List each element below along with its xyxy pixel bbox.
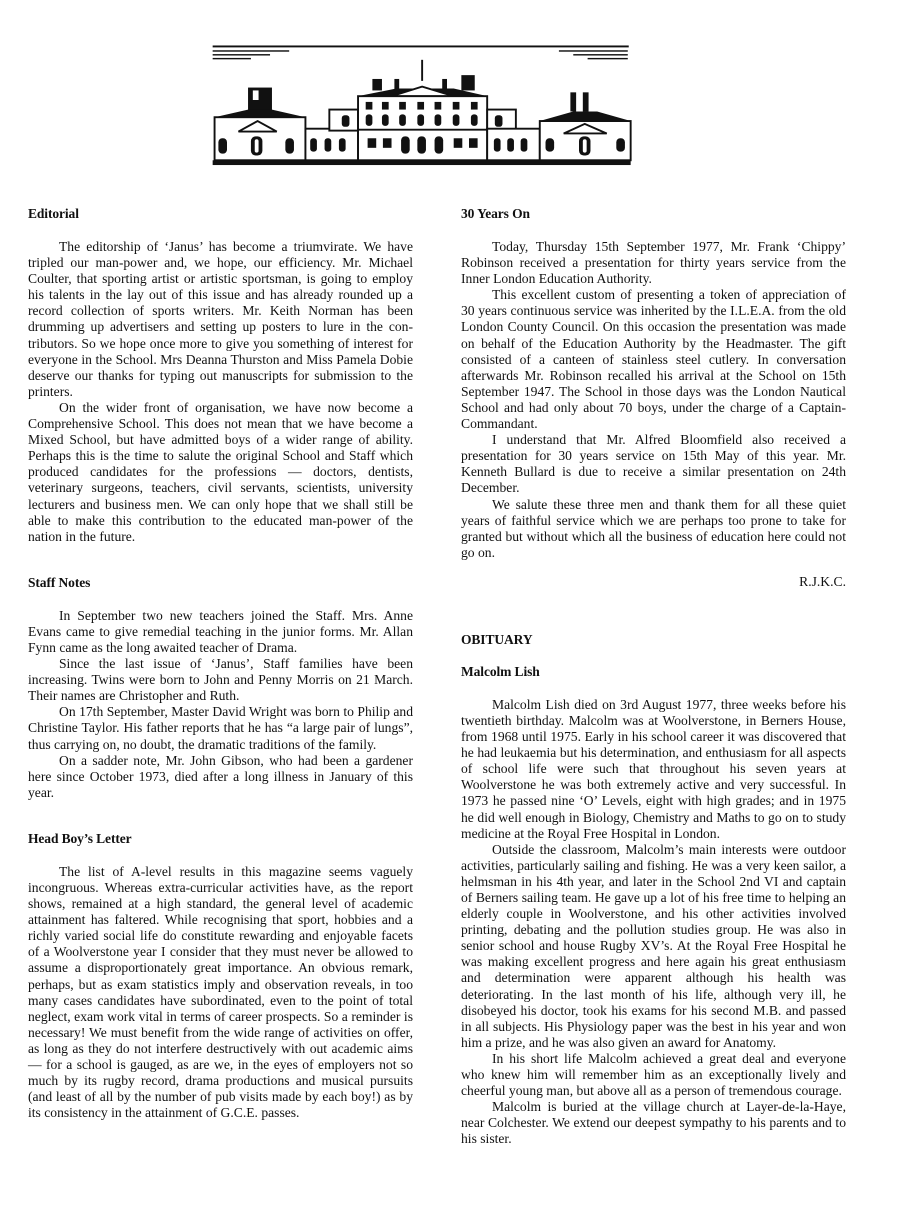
staff-notes-paragraph: On a sadder note, Mr. John Gibson, who h…	[28, 753, 413, 801]
editorial-section: Editorial The editorship of ‘Janus’ has …	[28, 206, 413, 545]
obituary-subject-name: Malcolm Lish	[461, 664, 846, 680]
masthead-illustration	[205, 30, 645, 170]
head-boys-letter-paragraph: The list of A-level results in this maga…	[28, 864, 413, 1122]
staff-notes-paragraph: In September two new teachers joined the…	[28, 608, 413, 656]
thirty-years-paragraph: This excellent custom of presenting a to…	[461, 287, 846, 432]
school-building-icon	[205, 30, 645, 170]
section-heading-obituary: OBITUARY	[461, 632, 846, 648]
staff-notes-section: Staff Notes In September two new teacher…	[28, 575, 413, 801]
staff-notes-paragraph: Since the last issue of ‘Janus’, Staff f…	[28, 656, 413, 704]
obituary-paragraph: Malcolm Lish died on 3rd August 1977, th…	[461, 697, 846, 842]
section-heading-head-boys-letter: Head Boy’s Letter	[28, 831, 413, 847]
left-column: Editorial The editorship of ‘Janus’ has …	[28, 206, 413, 1121]
obituary-paragraph: In his short life Malcolm achieved a gre…	[461, 1051, 846, 1099]
obituary-paragraph: Malcolm is buried at the village church …	[461, 1099, 846, 1147]
head-boys-letter-section: Head Boy’s Letter The list of A-level re…	[28, 831, 413, 1122]
section-heading-editorial: Editorial	[28, 206, 413, 222]
editorial-paragraph: The editorship of ‘Janus’ has become a t…	[28, 239, 413, 400]
staff-notes-paragraph: On 17th September, Master David Wright w…	[28, 704, 413, 752]
author-signature: R.J.K.C.	[461, 574, 846, 590]
thirty-years-on-section: 30 Years On Today, Thursday 15th Septemb…	[461, 206, 846, 590]
obituary-section: OBITUARY Malcolm Lish Malcolm Lish died …	[461, 632, 846, 1148]
section-heading-staff-notes: Staff Notes	[28, 575, 413, 591]
thirty-years-paragraph: I understand that Mr. Alfred Bloomfield …	[461, 432, 846, 496]
right-column: 30 Years On Today, Thursday 15th Septemb…	[461, 206, 846, 1148]
obituary-paragraph: Outside the classroom, Malcolm’s main in…	[461, 842, 846, 1051]
thirty-years-paragraph: Today, Thursday 15th September 1977, Mr.…	[461, 239, 846, 287]
thirty-years-paragraph: We salute these three men and thank them…	[461, 497, 846, 561]
section-heading-thirty-years-on: 30 Years On	[461, 206, 846, 222]
editorial-paragraph: On the wider front of organisation, we h…	[28, 400, 413, 545]
